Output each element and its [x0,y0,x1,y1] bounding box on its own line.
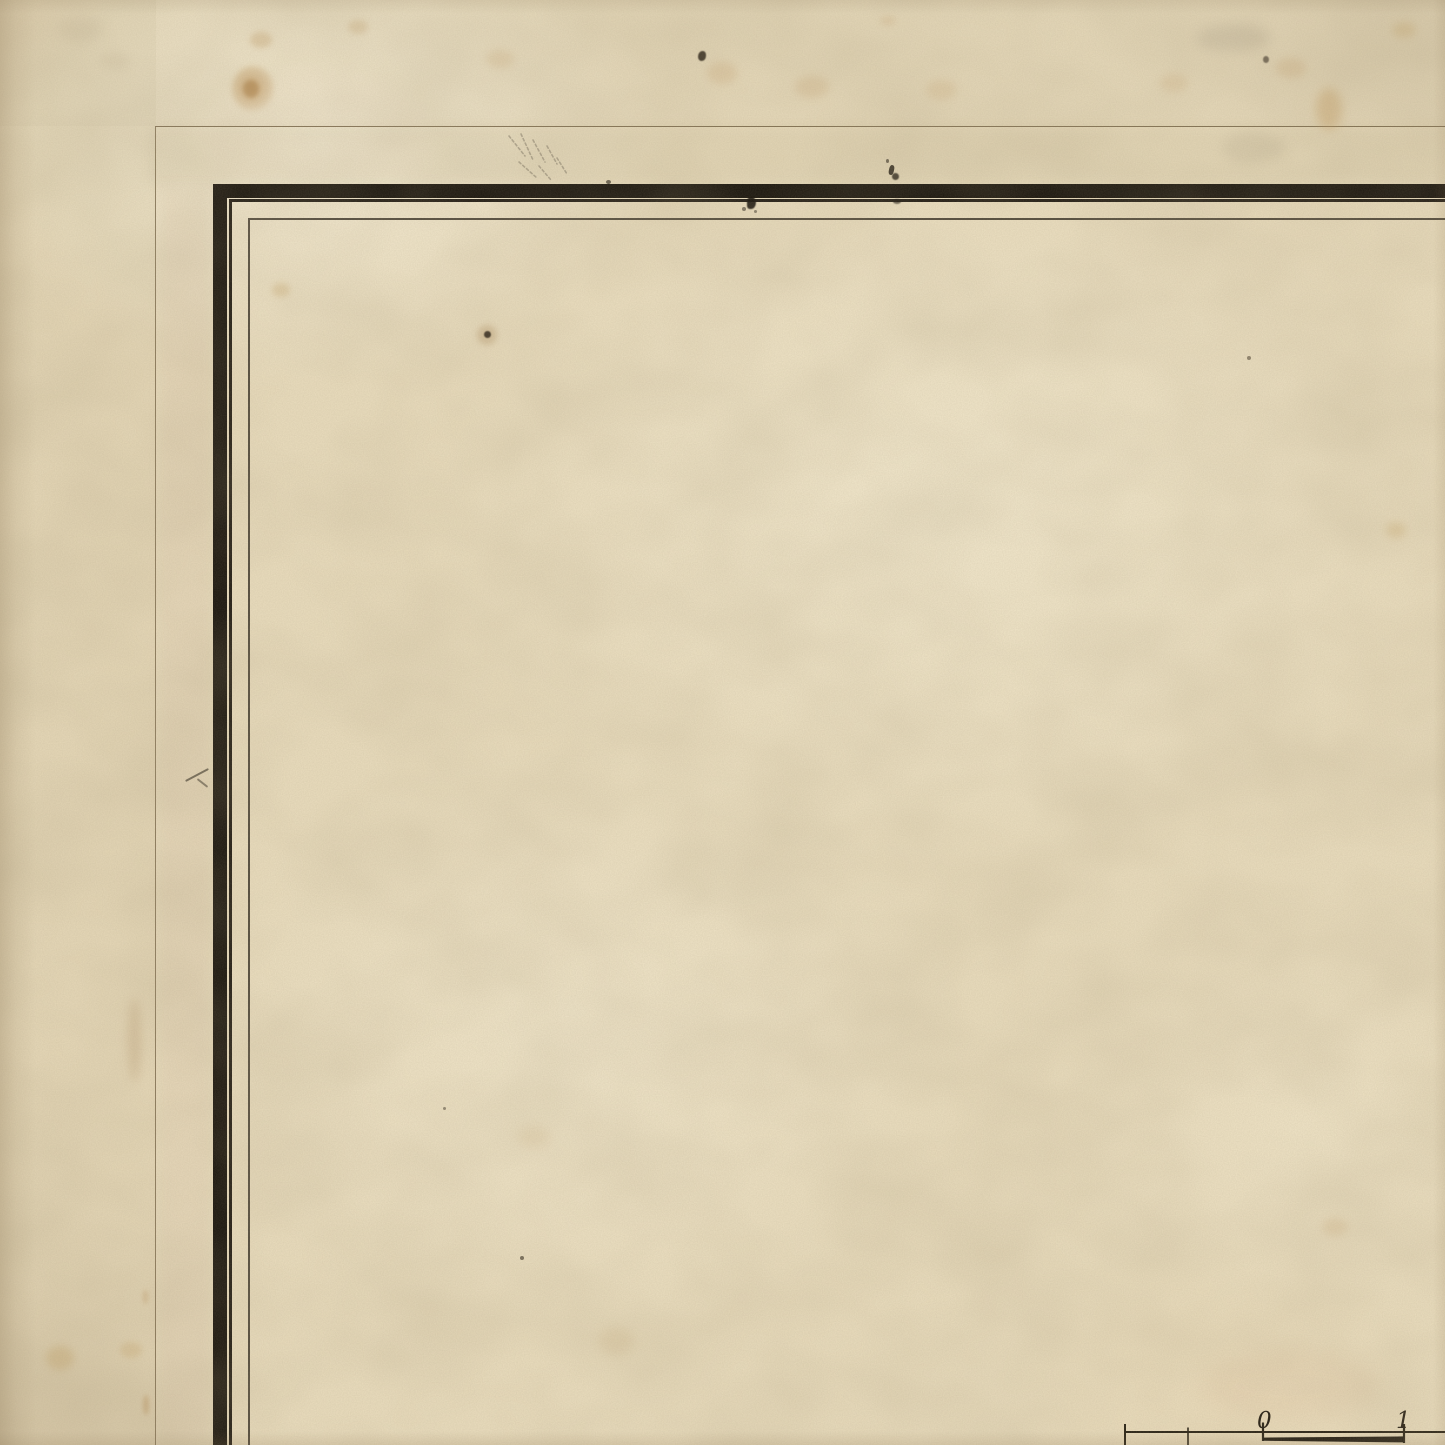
map-sheet: 0 1 [0,0,1445,1445]
neatline-inner-fine-rule [248,218,1445,1445]
sheet-margin-top [0,0,1445,126]
sheet-margin-left [0,0,156,1445]
